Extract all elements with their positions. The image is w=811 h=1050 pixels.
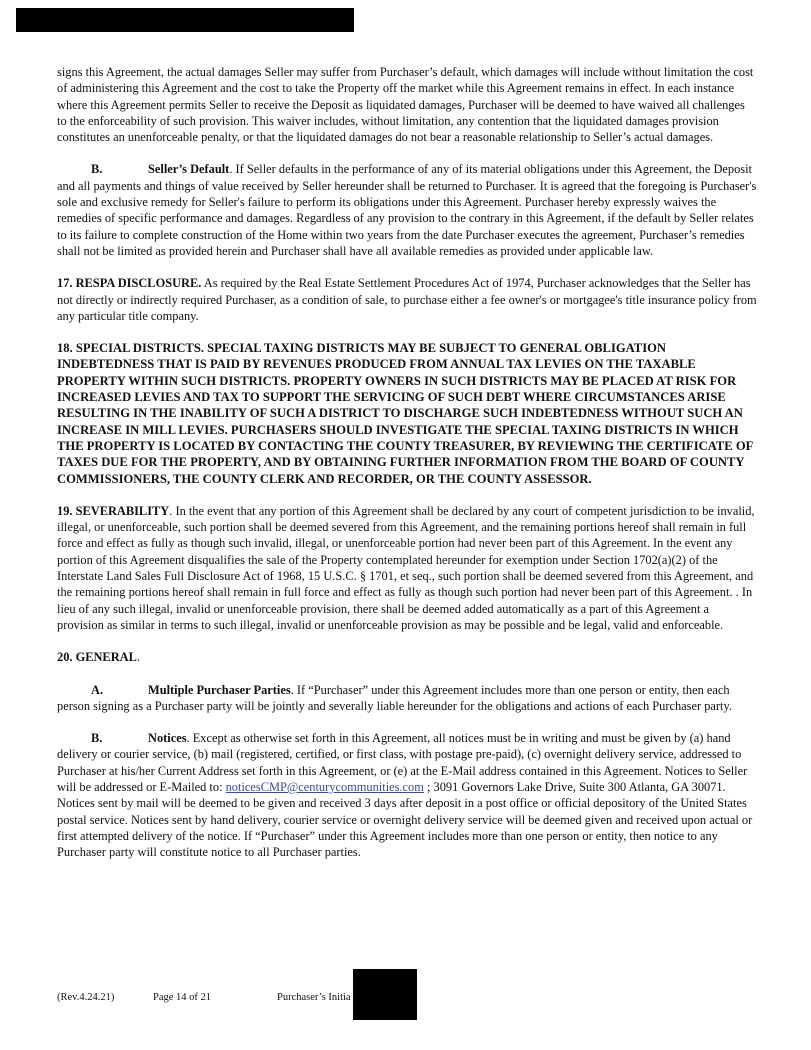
section-17-respa: 17. RESPA DISCLOSURE. As required by the… xyxy=(57,275,757,324)
continuation-paragraph: signs this Agreement, the actual damages… xyxy=(57,64,757,145)
seller-email-link[interactable]: noticesCMP@centurycommunities.com xyxy=(226,780,424,794)
section-heading: 20. GENERAL xyxy=(57,650,137,664)
document-page: signs this Agreement, the actual damages… xyxy=(57,64,757,860)
heading-suffix: . xyxy=(137,650,140,664)
sellers-default-paragraph: B.Seller’s Default. If Seller defaults i… xyxy=(57,161,757,259)
subsection-title: Notices xyxy=(148,731,187,745)
subsection-text: . If Seller defaults in the performance … xyxy=(57,162,756,257)
multiple-purchaser-parties-paragraph: A.Multiple Purchaser Parties. If “Purcha… xyxy=(57,682,757,715)
subsection-letter: B. xyxy=(91,161,148,177)
section-18-special-districts: 18. SPECIAL DISTRICTS. SPECIAL TAXING DI… xyxy=(57,340,757,487)
section-heading: 19. SEVERABILITY xyxy=(57,504,169,518)
section-heading: 17. RESPA DISCLOSURE. xyxy=(57,276,201,290)
page-number: Page 14 of 21 xyxy=(153,992,211,1003)
redacted-initials-block xyxy=(353,969,417,1020)
redacted-header-block xyxy=(16,8,354,32)
subsection-title: Seller’s Default xyxy=(148,162,229,176)
subsection-letter: A. xyxy=(91,682,148,698)
subsection-letter: B. xyxy=(91,730,148,746)
section-19-severability: 19. SEVERABILITY. In the event that any … xyxy=(57,503,757,633)
section-text: . In the event that any portion of this … xyxy=(57,504,755,632)
section-20-heading: 20. GENERAL. xyxy=(57,649,757,665)
revision-label: (Rev.4.24.21) xyxy=(57,992,114,1003)
subsection-title: Multiple Purchaser Parties xyxy=(148,683,291,697)
purchaser-initials-label: Purchaser’s Initia xyxy=(277,992,351,1003)
notices-paragraph: B.Notices. Except as otherwise set forth… xyxy=(57,730,757,860)
